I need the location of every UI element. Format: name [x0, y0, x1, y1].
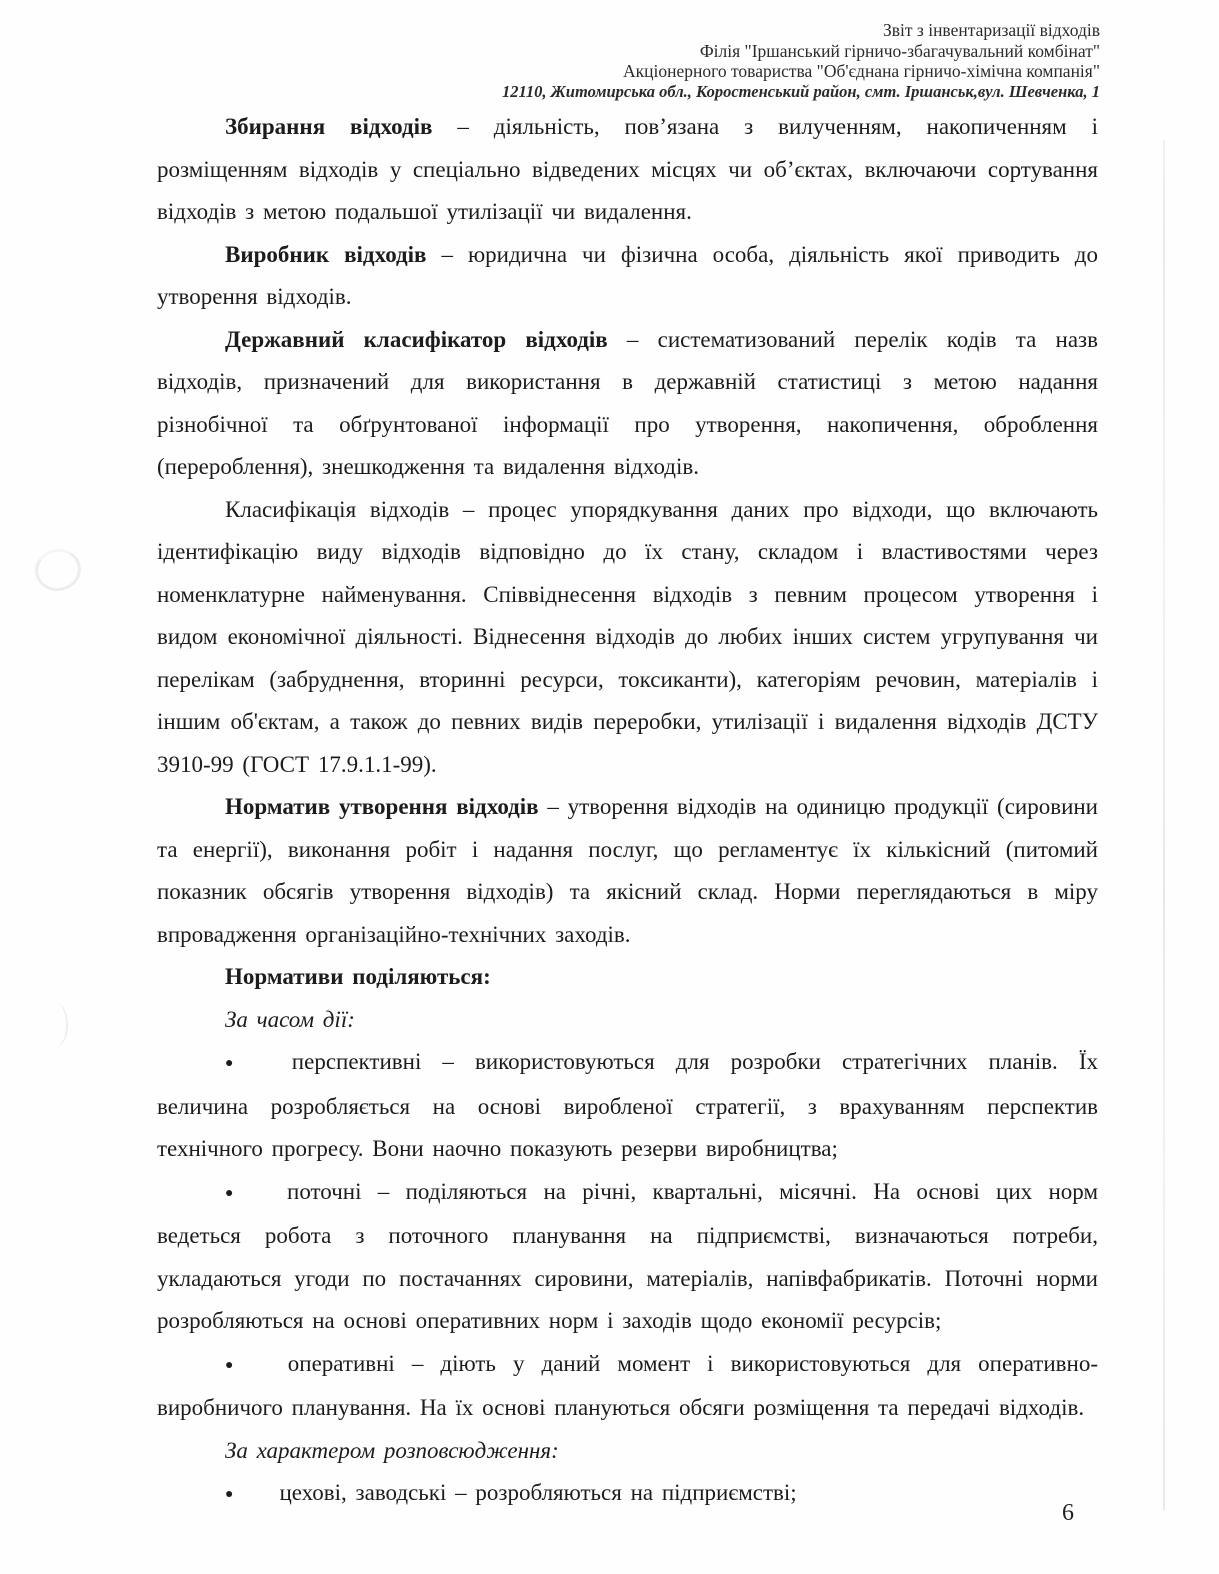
- bullet-text: поточні – поділяються на річні, кварталь…: [157, 1179, 1098, 1334]
- scan-artifact-hole-punch: [31, 545, 85, 596]
- scan-artifact-scratch-line: [1163, 140, 1165, 1510]
- definition-normatyv-utvorennia: Норматив утворення відходів – утворення …: [157, 786, 1098, 956]
- definition-text: Класифікація відходів – процес упорядкув…: [157, 497, 1098, 777]
- bullet-potochni: ●поточні – поділяються на річні, квартал…: [157, 1171, 1098, 1343]
- bullet-tsekhovi-zavodski: ●цехові, заводські – розробляються на пі…: [157, 1472, 1098, 1517]
- subheading-za-kharakterom-rozpovsiudzhennia: За характером розповсюдження:: [157, 1430, 1098, 1473]
- bullet-icon: ●: [225, 1358, 288, 1373]
- bullet-icon: ●: [225, 1487, 279, 1502]
- bullet-icon: ●: [225, 1056, 292, 1071]
- definition-zbyrannia-vidkhodiv: Збирання відходів – діяльність, пов’язан…: [157, 106, 1098, 234]
- bullet-text: перспективні – використовуються для розр…: [157, 1049, 1098, 1161]
- bullet-operatyvni: ●оперативні – діють у даний момент і вик…: [157, 1343, 1098, 1430]
- definition-term: Норматив утворення відходів: [225, 794, 539, 819]
- letterhead: Звіт з інвентаризації відходів Філія "Ір…: [340, 20, 1100, 102]
- bullet-text: оперативні – діють у даний момент і вико…: [157, 1351, 1098, 1421]
- document-page: Звіт з інвентаризації відходів Філія "Ір…: [0, 0, 1219, 1574]
- company-address: 12110, Житомирська обл., Коростенський р…: [340, 82, 1100, 103]
- definition-term: Виробник відходів: [225, 242, 426, 267]
- bullet-perspektyvni: ●перспективні – використовуються для роз…: [157, 1041, 1098, 1171]
- bullet-text: цехові, заводські – розробляються на під…: [279, 1480, 796, 1505]
- document-body: Збирання відходів – діяльність, пов’язан…: [157, 106, 1098, 1517]
- subheading-za-chasom-dii: За часом дії:: [157, 999, 1098, 1042]
- branch-name: Філія "Іршанський гірничо-збагачувальний…: [340, 41, 1100, 62]
- heading-normatyvy-podiliaiutsia: Нормативи поділяються:: [157, 956, 1098, 999]
- report-title: Звіт з інвентаризації відходів: [340, 20, 1100, 41]
- page-number: 6: [1062, 1500, 1074, 1527]
- definition-klasyfikatsiia-vidkhodiv: Класифікація відходів – процес упорядкув…: [157, 489, 1098, 787]
- scan-artifact-curve-mark: [42, 1002, 68, 1048]
- definition-term: Державний класифікатор відходів: [225, 327, 608, 352]
- definition-derzhavnyi-klasyfikator: Державний класифікатор відходів – систем…: [157, 319, 1098, 489]
- bullet-icon: ●: [225, 1186, 287, 1201]
- definition-vyrobnyk-vidkhodiv: Виробник відходів – юридична чи фізична …: [157, 234, 1098, 319]
- company-name: Акціонерного товариства "Об'єднана гірни…: [340, 61, 1100, 82]
- definition-term: Збирання відходів: [225, 114, 432, 139]
